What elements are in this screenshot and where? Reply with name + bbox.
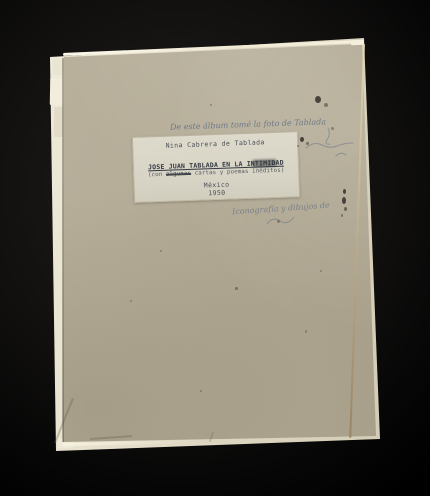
ink-stain xyxy=(342,197,346,204)
ink-stain xyxy=(277,220,280,223)
ink-stain xyxy=(324,103,328,107)
cover-left-edge xyxy=(62,58,64,442)
ink-stain xyxy=(306,142,309,145)
label-subtitle-pre: (con xyxy=(148,172,166,179)
foxing-speck xyxy=(130,300,132,302)
foxing-speck xyxy=(320,270,322,272)
handwriting-scribble-bottom xyxy=(264,214,298,228)
photo-backdrop: De este álbum tomé la foto de Tablada Ni… xyxy=(0,0,430,496)
paper-label: Nina Cabrera de Tablada JOSE JUAN TABLAD… xyxy=(132,131,300,203)
ink-stain xyxy=(235,287,238,290)
label-author: Nina Cabrera de Tablada xyxy=(133,137,297,151)
foxing-speck xyxy=(160,250,162,252)
manuscript-cover xyxy=(0,0,430,496)
foxing-speck xyxy=(200,390,202,392)
foxing-speck xyxy=(210,104,212,106)
label-subtitle-struck-word: algunas xyxy=(166,171,191,178)
ink-stain xyxy=(297,145,299,147)
ink-stain xyxy=(343,189,346,194)
ink-stain xyxy=(341,214,343,217)
typed-correction-smudge xyxy=(252,159,277,168)
ink-stain xyxy=(315,96,321,103)
ink-stain xyxy=(300,137,304,142)
foxing-speck xyxy=(305,330,307,333)
ink-stain xyxy=(344,207,347,211)
ink-stain xyxy=(331,127,334,130)
